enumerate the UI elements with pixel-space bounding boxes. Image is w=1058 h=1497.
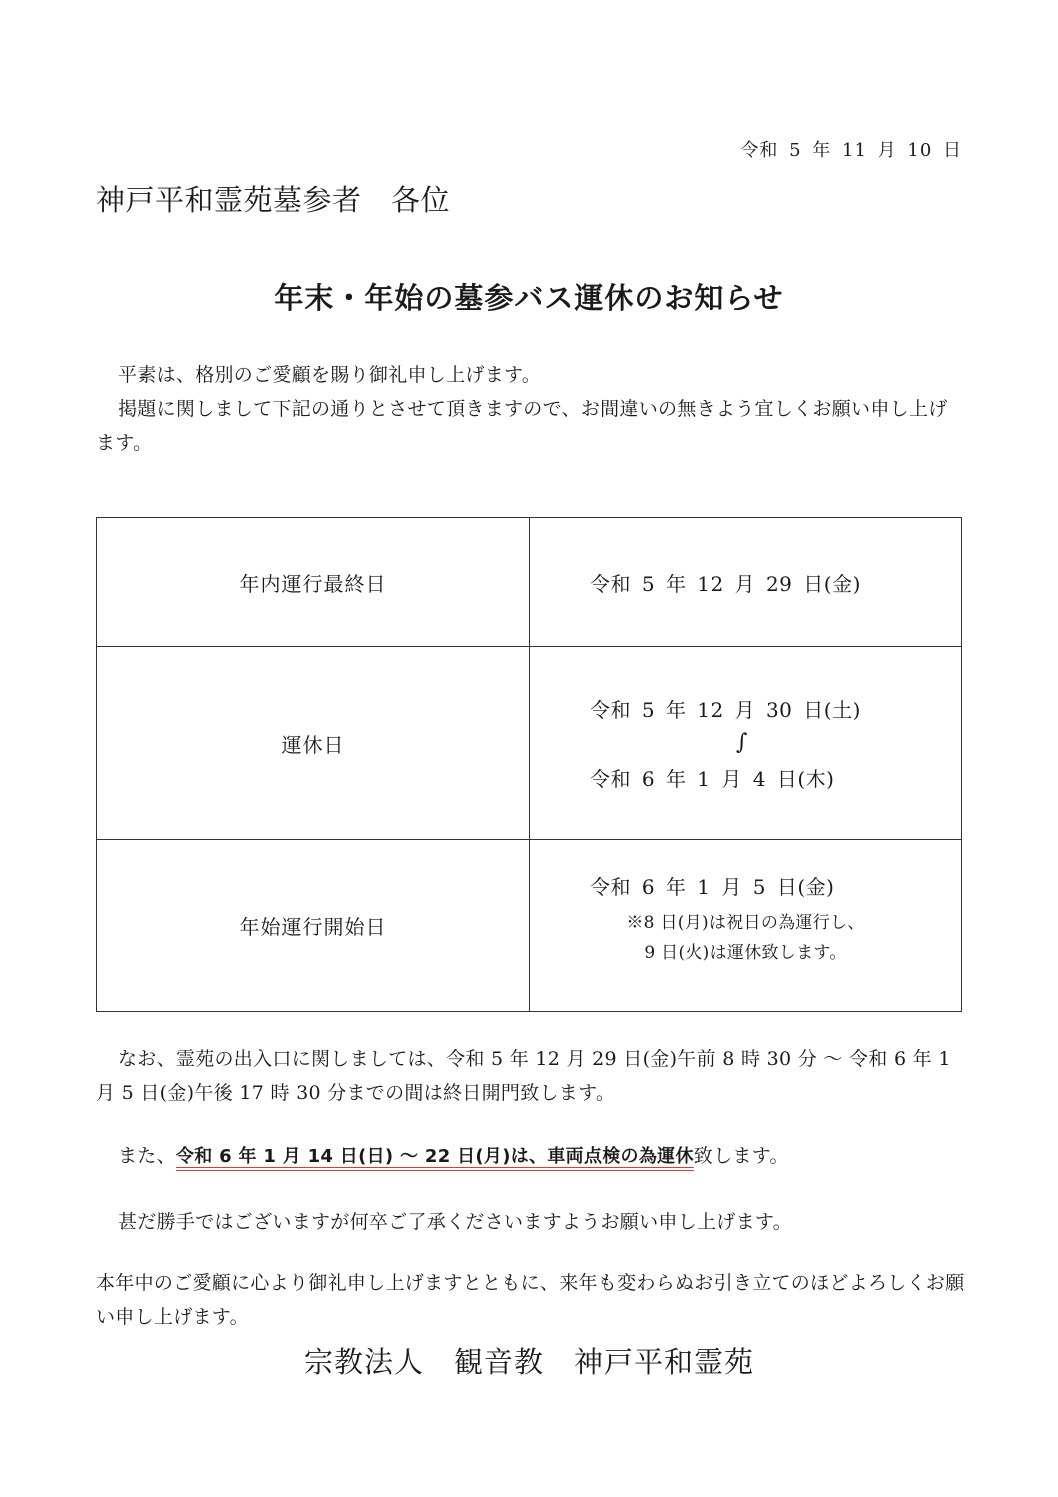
closing-paragraph: 本年中のご愛顧に心より御礼申し上げますとともに、来年も変わらぬお引き立てのほどよ… bbox=[96, 1266, 966, 1334]
intro-line-1: 平素は、格別のご愛顧を賜り御礼申し上げます。 bbox=[96, 358, 966, 392]
document-title: 年末・年始の墓参バス運休のお知らせ bbox=[0, 276, 1058, 317]
document-date: 令和 5 年 11 月 10 日 bbox=[740, 136, 962, 162]
suspension-from-date: 令和 5 年 12 月 30 日(土) bbox=[590, 694, 961, 723]
range-mark-icon: ∫ bbox=[590, 723, 961, 763]
value-suspension: 令和 5 年 12 月 30 日(土) ∫ 令和 6 年 1 月 4 日(木) bbox=[530, 647, 962, 840]
gate-notice-text: なお、霊苑の出入口に関しましては、令和 5 年 12 月 29 日(金)午前 8… bbox=[96, 1042, 966, 1110]
value-last-service: 令和 5 年 12 月 29 日(金) bbox=[530, 518, 962, 647]
suspension-to-date: 令和 6 年 1 月 4 日(木) bbox=[590, 763, 961, 792]
label-resume: 年始運行開始日 bbox=[97, 840, 530, 1012]
table-row-resume: 年始運行開始日 令和 6 年 1 月 5 日(金) ※8 日(月)は祝日の為運行… bbox=[97, 840, 962, 1012]
intro-line-2: 掲題に関しまして下記の通りとさせて頂きますので、お間違いの無きよう宜しくお願い申… bbox=[96, 392, 966, 460]
apology-text: 甚だ勝手ではございますが何卒ご了承くださいますようお願い申し上げます。 bbox=[96, 1211, 792, 1233]
closing-text: 本年中のご愛顧に心より御礼申し上げますとともに、来年も変わらぬお引き立てのほどよ… bbox=[96, 1266, 966, 1334]
bus-check-paragraph: また、令和 6 年 1 月 14 日(日) ～ 22 日(月)は、車両点検の為運… bbox=[96, 1139, 789, 1174]
bus-check-suffix: 致します。 bbox=[694, 1145, 789, 1167]
schedule-table: 年内運行最終日 令和 5 年 12 月 29 日(金) 運休日 令和 5 年 1… bbox=[96, 517, 962, 1012]
label-suspension: 運休日 bbox=[97, 647, 530, 840]
last-service-date: 令和 5 年 12 月 29 日(金) bbox=[590, 568, 961, 597]
intro-paragraph: 平素は、格別のご愛顧を賜り御礼申し上げます。 掲題に関しまして下記の通りとさせて… bbox=[96, 358, 966, 460]
apology-paragraph: 甚だ勝手ではございますが何卒ご了承くださいますようお願い申し上げます。 bbox=[96, 1205, 792, 1239]
gate-notice-paragraph: なお、霊苑の出入口に関しましては、令和 5 年 12 月 29 日(金)午前 8… bbox=[96, 1042, 966, 1110]
resume-date: 令和 6 年 1 月 5 日(金) bbox=[590, 871, 961, 900]
bus-check-prefix: また、 bbox=[96, 1145, 176, 1167]
label-last-service: 年内運行最終日 bbox=[97, 518, 530, 647]
table-row-suspension: 運休日 令和 5 年 12 月 30 日(土) ∫ 令和 6 年 1 月 4 日… bbox=[97, 647, 962, 840]
value-resume: 令和 6 年 1 月 5 日(金) ※8 日(月)は祝日の為運行し、 9 日(火… bbox=[530, 840, 962, 1012]
table-row-last-service: 年内運行最終日 令和 5 年 12 月 29 日(金) bbox=[97, 518, 962, 647]
addressee: 神戸平和霊苑墓参者 各位 bbox=[96, 178, 450, 219]
resume-note-line-2: 9 日(火)は運休致します。 bbox=[530, 938, 961, 968]
resume-note-line-1: ※8 日(月)は祝日の為運行し、 bbox=[530, 908, 961, 938]
bus-check-emphasis: 令和 6 年 1 月 14 日(日) ～ 22 日(月)は、車両点検の為運休 bbox=[176, 1146, 694, 1167]
signature: 宗教法人 観音教 神戸平和霊苑 bbox=[0, 1340, 1058, 1381]
